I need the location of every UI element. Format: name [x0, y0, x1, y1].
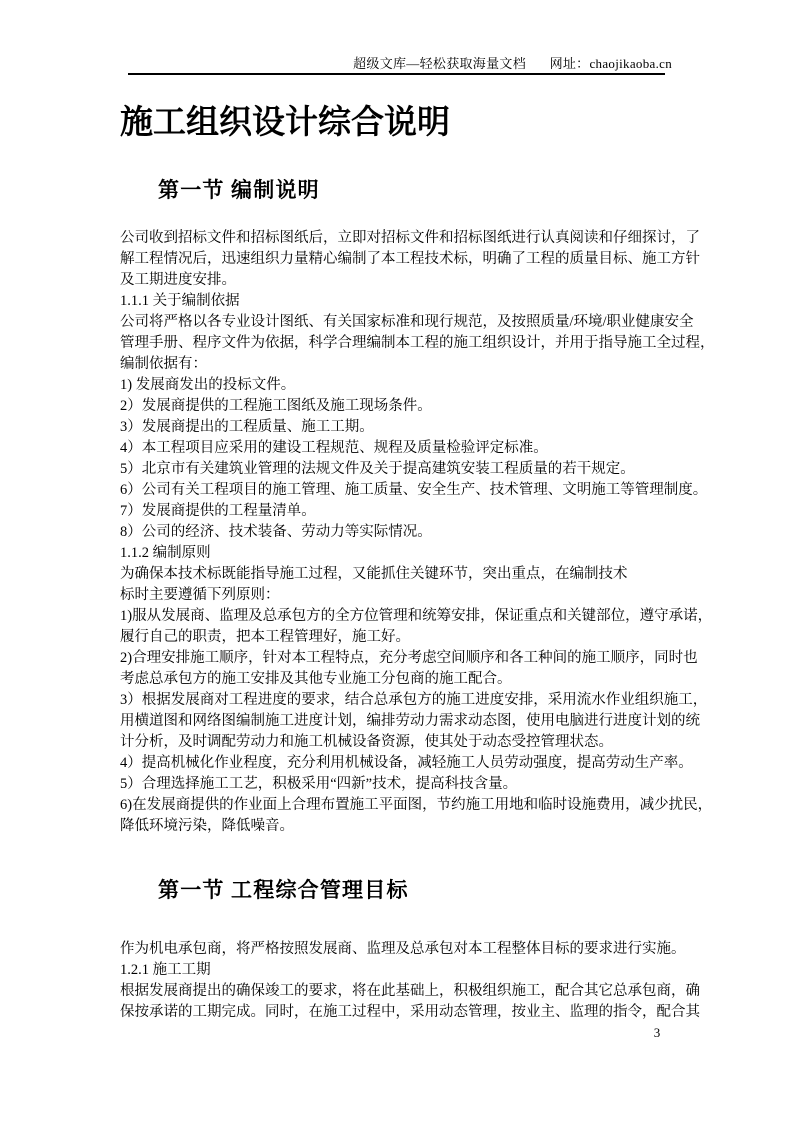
text-line: 履行自己的职责，把本工程管理好，施工好。	[120, 627, 715, 648]
document-page: 超级文库—轻松获取海量文档 网址：chaojikaoba.cn 施工组织设计综合…	[0, 0, 793, 1122]
text-line: 用横道图和网络图编制施工进度计划，编排劳动力需求动态图，使用电脑进行进度计划的统	[120, 711, 715, 732]
text-line: 2）发展商提供的工程施工图纸及施工现场条件。	[120, 396, 715, 417]
text-line: 公司将严格以各专业设计图纸、有关国家标准和现行规范，及按照质量/环境/职业健康安…	[120, 312, 715, 333]
text-line: 1.1.2 编制原则	[120, 543, 715, 564]
text-line: 降低环境污染，降低噪音。	[120, 816, 715, 837]
text-line: 8）公司的经济、技术装备、劳动力等实际情况。	[120, 522, 715, 543]
text-line: 5）合理选择施工工艺，积极采用“四新”技术，提高科技含量。	[120, 774, 715, 795]
text-line: 3）根据发展商对工程进度的要求，结合总承包方的施工进度安排，采用流水作业组织施工…	[120, 690, 715, 711]
text-line: 标时主要遵循下列原则：	[120, 585, 715, 606]
text-line: 保按承诺的工期完成。同时，在施工过程中，采用动态管理，按业主、监理的指令，配合其	[120, 1002, 700, 1023]
text-line: 4）本工程项目应采用的建设工程规范、规程及质量检验评定标准。	[120, 438, 715, 459]
text-line: 考虑总承包方的施工安排及其他专业施工分包商的施工配合。	[120, 669, 715, 690]
text-line: 根据发展商提出的确保竣工的要求，将在此基础上，积极组织施工，配合其它总承包商，确	[120, 981, 700, 1002]
text-line: 5）北京市有关建筑业管理的法规文件及关于提高建筑安装工程质量的若干规定。	[120, 459, 715, 480]
header-url: chaojikaoba.cn	[589, 56, 672, 71]
text-line: 1.1.1 关于编制依据	[120, 291, 715, 312]
header-divider-line	[128, 73, 665, 75]
section-body-preparation-notes: 公司收到招标文件和招标图纸后，立即对招标文件和招标图纸进行认真阅读和仔细探讨，了…	[120, 228, 715, 837]
header-url-label: 网址：	[550, 56, 590, 71]
page-header: 超级文库—轻松获取海量文档 网址：chaojikaoba.cn	[353, 53, 672, 72]
text-line: 6)在发展商提供的作业面上合理布置施工平面图，节约施工用地和临时设施费用，减少扰…	[120, 795, 715, 816]
section-heading-preparation-notes: 第一节 编制说明	[158, 177, 320, 203]
text-line: 4）提高机械化作业程度，充分利用机械设备，减轻施工人员劳动强度，提高劳动生产率。	[120, 753, 715, 774]
text-line: 1)服从发展商、监理及总承包方的全方位管理和统筹安排，保证重点和关键部位，遵守承…	[120, 606, 715, 627]
text-line: 解工程情况后，迅速组织力量精心编制了本工程技术标，明确了工程的质量目标、施工方针	[120, 249, 715, 270]
text-line: 管理手册、程序文件为依据，科学合理编制本工程的施工组织设计，并用于指导施工全过程…	[120, 333, 715, 354]
text-line: 编制依据有：	[120, 354, 715, 375]
page-number: 3	[648, 1025, 666, 1041]
text-line: 1.2.1 施工工期	[120, 960, 700, 981]
section-body-management-goals: 作为机电承包商，将严格按照发展商、监理及总承包对本工程整体目标的要求进行实施。1…	[120, 939, 700, 1023]
text-line: 及工期进度安排。	[120, 270, 715, 291]
text-line: 7）发展商提供的工程量清单。	[120, 501, 715, 522]
header-site-text: 超级文库—轻松获取海量文档	[353, 56, 526, 71]
text-line: 2)合理安排施工顺序，针对本工程特点，充分考虑空间顺序和各工种间的施工顺序，同时…	[120, 648, 715, 669]
text-line: 计分析，及时调配劳动力和施工机械设备资源，使其处于动态受控管理状态。	[120, 732, 715, 753]
text-line: 作为机电承包商，将严格按照发展商、监理及总承包对本工程整体目标的要求进行实施。	[120, 939, 700, 960]
section-heading-management-goals: 第一节 工程综合管理目标	[158, 877, 409, 903]
text-line: 为确保本技术标既能指导施工过程，又能抓住关键环节，突出重点，在编制技术	[120, 564, 715, 585]
document-title: 施工组织设计综合说明	[120, 103, 450, 144]
text-line: 3）发展商提出的工程质量、施工工期。	[120, 417, 715, 438]
text-line: 公司收到招标文件和招标图纸后，立即对招标文件和招标图纸进行认真阅读和仔细探讨，了	[120, 228, 715, 249]
text-line: 6）公司有关工程项目的施工管理、施工质量、安全生产、技术管理、文明施工等管理制度…	[120, 480, 715, 501]
text-line: 1) 发展商发出的投标文件。	[120, 375, 715, 396]
